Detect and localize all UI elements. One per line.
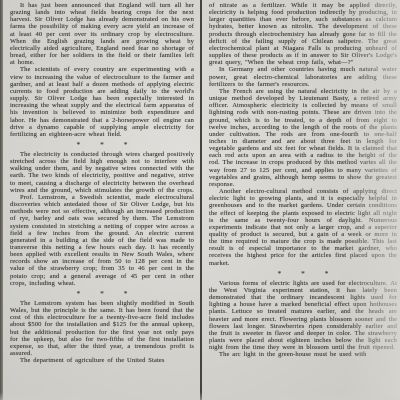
article-right-column: of nitrate as a fertilizer. While it may… xyxy=(202,0,400,400)
article-paragraph-cutoff: The arc light in the green-house must be… xyxy=(209,351,397,358)
article-paragraph: The French are using the natural electri… xyxy=(209,88,397,188)
article-left-column: It has just been announced that England … xyxy=(3,0,200,400)
newspaper-clipping-sheet: It has just been announced that England … xyxy=(0,0,400,400)
article-paragraph: It has just been announced that England … xyxy=(10,2,194,66)
article-paragraph: Various forms of electric lights are use… xyxy=(209,280,397,352)
article-paragraph: In Germany and other countries having mu… xyxy=(209,66,397,87)
article-paragraph: The scientists of every country are expe… xyxy=(10,66,194,138)
article-paragraph-continuation: of nitrate as a fertilizer. While it may… xyxy=(209,2,397,66)
article-paragraph: Prof. Lemstrom, a Swedish scientist, mad… xyxy=(10,194,194,287)
section-separator-stars: * * * xyxy=(10,138,194,151)
section-separator-stars: * * * xyxy=(10,287,194,300)
article-paragraph: The electricity is conducted through wir… xyxy=(10,151,194,194)
article-paragraph: Another electro-cultural method consists… xyxy=(209,188,397,267)
article-paragraph: The Lemstrom system has been slightly mo… xyxy=(10,300,194,357)
section-separator-stars: * * * xyxy=(209,267,397,280)
article-paragraph-cutoff: The department of agriculture of the Uni… xyxy=(10,357,194,364)
